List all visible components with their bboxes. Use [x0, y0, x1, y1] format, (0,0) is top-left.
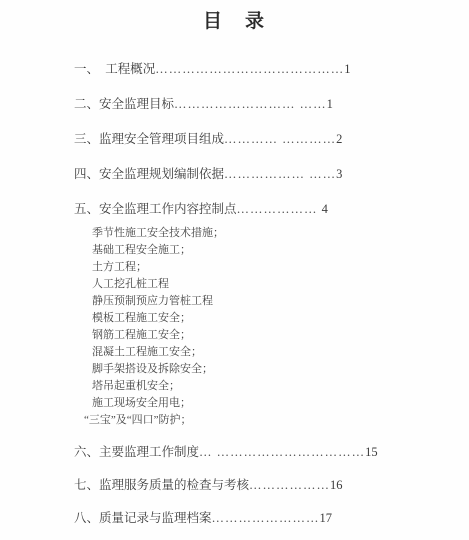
document-page: 目 录 一、 工程概况……………………………………1 二、安全监理目标……………… [0, 0, 469, 540]
toc-subitem-static-pressure-pile: 静压预制预应力管桩工程 [74, 296, 449, 307]
table-of-contents: 一、 工程概况……………………………………1 二、安全监理目标………………………… [0, 63, 469, 525]
toc-item-label: 三、监理安全管理项目组成 [74, 132, 224, 146]
toc-item-dots: ……………… [249, 478, 330, 492]
toc-item-4: 四、安全监理规划编制依据……………… ……3 [74, 168, 449, 181]
toc-item-3: 三、监理安全管理项目组成………… …………2 [74, 133, 449, 146]
toc-subitem-tower-crane-safety: 塔吊起重机安全； [74, 381, 449, 392]
toc-item-label: 八、质量记录与监理档案 [74, 511, 212, 525]
toc-subitem-rebar-safety: 钢筋工程施工安全； [74, 330, 449, 341]
toc-item-2: 二、安全监理目标……………………… ……1 [74, 98, 449, 111]
toc-item-label: 五、安全监理工作内容控制点 [74, 202, 237, 216]
toc-item-page: 15 [365, 445, 378, 459]
toc-item-label: 四、安全监理规划编制依据 [74, 167, 224, 181]
toc-item-1: 一、 工程概况……………………………………1 [74, 63, 449, 76]
toc-item-page: 3 [336, 167, 342, 181]
toc-item-page: 1 [344, 62, 350, 76]
toc-subitem-foundation-safety: 基础工程安全施工； [74, 245, 449, 256]
toc-subitem-site-electricity-safety: 施工现场安全用电； [74, 398, 449, 409]
toc-item-label: 七、监理服务质量的检查与考核 [74, 478, 249, 492]
toc-item-dots: … …………………………… [199, 445, 365, 459]
toc-item-7: 七、监理服务质量的检查与考核………………16 [74, 479, 449, 492]
toc-item-6: 六、主要监理工作制度… ……………………………15 [74, 446, 449, 459]
toc-item-page: 4 [322, 202, 328, 216]
toc-subitem-seasonal-construction: 季节性施工安全技术措施； [74, 228, 449, 239]
toc-item-8: 八、质量记录与监理档案……………………17 [74, 512, 449, 525]
toc-item-dots: ……………… …… [224, 167, 336, 181]
toc-item-dots: …………………………………… [155, 62, 344, 76]
toc-subitem-three-treasures-four-openings: “三宝”及“四口”防护； [74, 415, 449, 426]
toc-item-5: 五、安全监理工作内容控制点……………… 4 [74, 203, 449, 216]
toc-item-page: 1 [327, 97, 333, 111]
toc-item-dots: …………………… [212, 511, 320, 525]
page-title: 目 录 [0, 0, 469, 33]
toc-item-dots: ……………………… …… [174, 97, 327, 111]
toc-item-page: 17 [320, 511, 333, 525]
toc-subitem-earthwork: 土方工程； [74, 262, 449, 273]
toc-subitem-formwork-safety: 模板工程施工安全； [74, 313, 449, 324]
toc-item-dots: ………… ………… [224, 132, 336, 146]
toc-item-label: 一、 工程概况 [74, 62, 155, 76]
toc-item-label: 六、主要监理工作制度 [74, 445, 199, 459]
toc-subitem-scaffold-safety: 脚手架搭设及拆除安全； [74, 364, 449, 375]
toc-item-page: 2 [336, 132, 342, 146]
toc-item-page: 16 [330, 478, 343, 492]
toc-item-label: 二、安全监理目标 [74, 97, 174, 111]
toc-subitem-concrete-safety: 混凝土工程施工安全； [74, 347, 449, 358]
toc-item-dots: ……………… [237, 202, 322, 216]
toc-subitem-manual-pile: 人工挖孔桩工程 [74, 279, 449, 290]
